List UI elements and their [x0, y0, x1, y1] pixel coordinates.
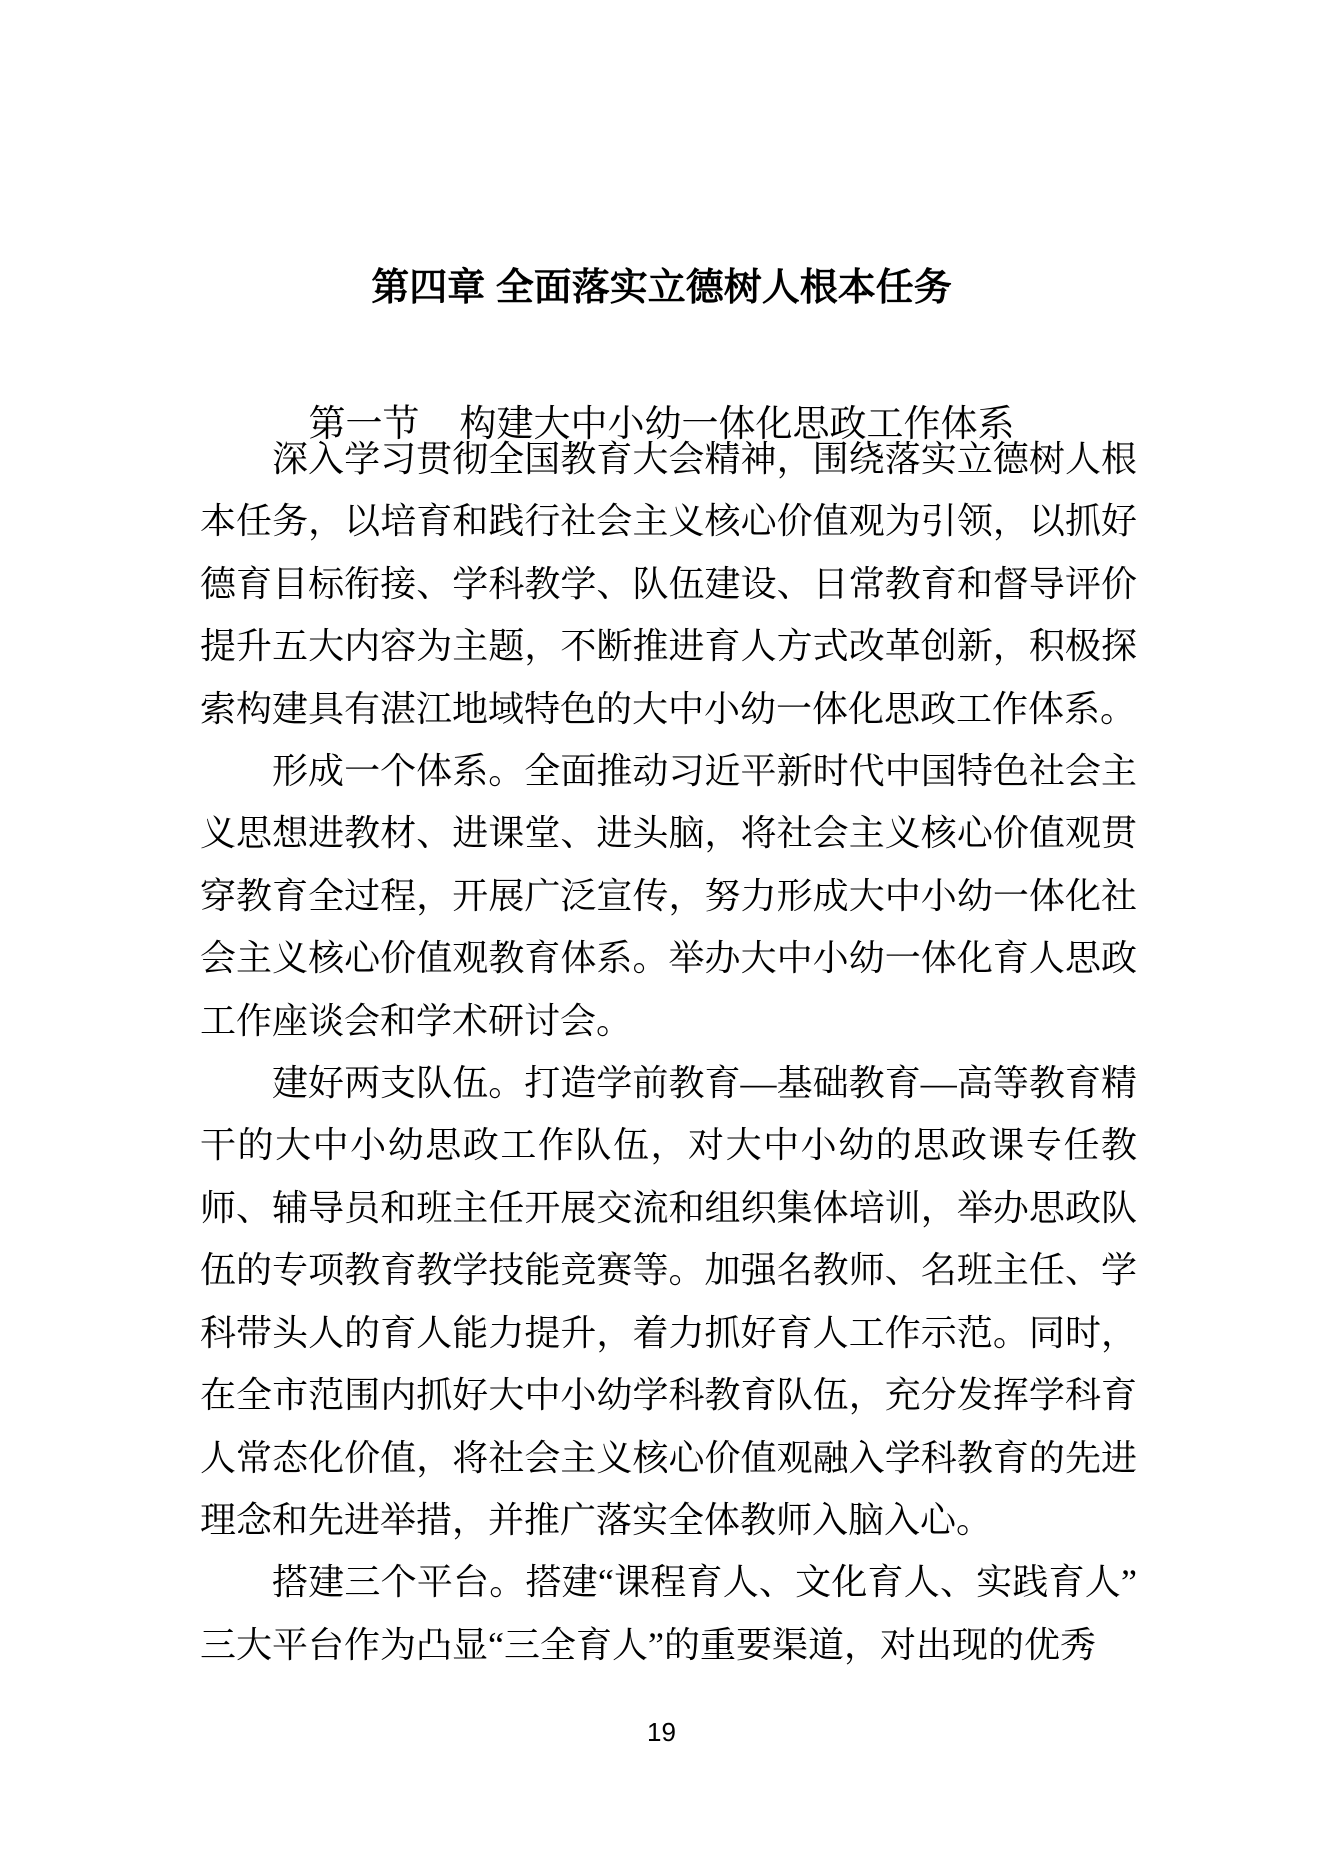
body-paragraph-1: 深入学习贯彻全国教育大会精神，围绕落实立德树人根本任务，以培育和践行社会主义核心… [200, 428, 1137, 740]
body-paragraph-2: 形成一个体系。全面推动习近平新时代中国特色社会主义思想进教材、进课堂、进头脑，将… [200, 740, 1137, 1052]
page-number: 19 [0, 1714, 1323, 1750]
document-page: 第四章 全面落实立德树人根本任务 第一节构建大中小幼一体化思政工作体系 深入学习… [0, 0, 1323, 1871]
body-text-block: 深入学习贯彻全国教育大会精神，围绕落实立德树人根本任务，以培育和践行社会主义核心… [200, 428, 1137, 1676]
body-paragraph-4: 搭建三个平台。搭建“课程育人、文化育人、实践育人”三大平台作为凸显“三全育人”的… [200, 1551, 1137, 1676]
chapter-title: 第四章 全面落实立德树人根本任务 [0, 265, 1323, 311]
body-paragraph-3: 建好两支队伍。打造学前教育—基础教育—高等教育精干的大中小幼思政工作队伍，对大中… [200, 1052, 1137, 1551]
